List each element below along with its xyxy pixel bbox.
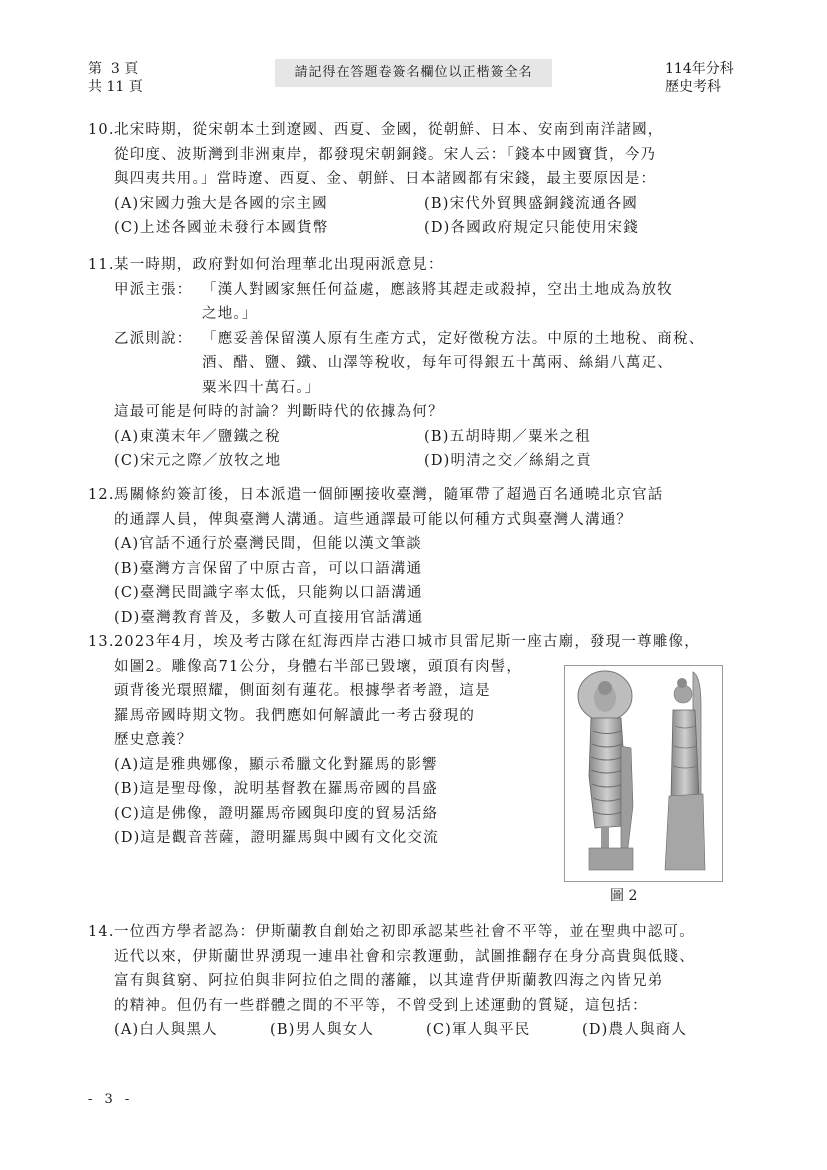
option-b[interactable]: (B)這是聖母像，說明基督教在羅馬帝國的昌盛 [114, 777, 554, 802]
page-current: 第 3 頁 [88, 60, 143, 78]
quote-text-line: 之地。」 [114, 302, 743, 327]
option-a[interactable]: (A)宋國力強大是各國的宗主國 [114, 192, 424, 217]
question-text-line: 歷史意義？ [114, 728, 554, 753]
question-text-line: 某一時期，政府對如何治理華北出現兩派意見： [114, 253, 743, 278]
question-prompt: 這最可能是何時的討論？判斷時代的依據為何？ [114, 400, 743, 425]
question-text-line: 與四夷共用。」當時遼、西夏、金、朝鮮、日本諸國都有宋錢，最主要原因是： [114, 167, 743, 192]
question-11: 11. 某一時期，政府對如何治理華北出現兩派意見： 甲派主張：「漢人對國家無任何… [88, 253, 743, 474]
quote-label: 甲派主張： [114, 278, 202, 303]
option-b[interactable]: (B)宋代外貿興盛銅錢流通各國 [424, 192, 734, 217]
option-c[interactable]: (C)上述各國並未發行本國貨幣 [114, 216, 424, 241]
question-14: 14. 一位西方學者認為：伊斯蘭教自創始之初即承認某些社會不平等，並在聖典中認可… [88, 920, 743, 1043]
option-c[interactable]: (C)宋元之際／放牧之地 [114, 449, 424, 474]
question-text-line: 北宋時期，從宋朝本土到遼國、西夏、金國，從朝鮮、日本、安南到南洋諸國， [114, 118, 743, 143]
option-d[interactable]: (D)各國政府規定只能使用宋錢 [424, 216, 734, 241]
question-text-line: 富有與貧窮、阿拉伯與非阿拉伯之間的藩籬，以其違背伊斯蘭教四海之內皆兄弟 [114, 969, 743, 994]
exam-year: 114年分科 [665, 60, 734, 78]
option-d[interactable]: (D)這是觀音菩薩，證明羅馬與中國有文化交流 [114, 826, 554, 851]
question-text-line: 的通譯人員，俾與臺灣人溝通。這些通譯最可能以何種方式與臺灣人溝通？ [114, 508, 743, 533]
question-text-line: 頭背後光環照耀，側面刻有蓮花。根據學者考證，這是 [114, 679, 554, 704]
question-text-line: 2023年4月，埃及考古隊在紅海西岸古港口城市貝雷尼斯一座古廟，發現一尊雕像， [114, 630, 743, 655]
question-number: 10. [88, 118, 115, 143]
page-total: 共 11 頁 [88, 78, 143, 96]
figure-2-statue-image [564, 665, 723, 882]
question-number: 14. [88, 920, 115, 945]
page-number-footer: - 3 - [88, 1092, 133, 1107]
option-c[interactable]: (C)臺灣民間識字率太低，只能夠以口語溝通 [114, 581, 743, 606]
question-12: 12. 馬關條約簽訂後，日本派遣一個師團接收臺灣，隨軍帶了超過百名通曉北京官話 … [88, 483, 743, 630]
signature-notice: 請記得在答題卷簽名欄位以正楷簽全名 [275, 59, 552, 87]
option-b[interactable]: (B)五胡時期／粟米之租 [424, 425, 734, 450]
option-a[interactable]: (A)這是雅典娜像，顯示希臘文化對羅馬的影響 [114, 753, 554, 778]
statue-illustration-icon [565, 666, 722, 881]
option-a[interactable]: (A)東漢末年／鹽鐵之稅 [114, 425, 424, 450]
question-10: 10. 北宋時期，從宋朝本土到遼國、西夏、金國，從朝鮮、日本、安南到南洋諸國， … [88, 118, 743, 241]
exam-subject: 歷史考科 [665, 78, 734, 96]
question-text-line: 羅馬帝國時期文物。我們應如何解讀此一考古發現的 [114, 704, 554, 729]
question-text-line: 的精神。但仍有一些群體之間的不平等，不曾受到上述運動的質疑，這包括： [114, 994, 743, 1019]
option-d[interactable]: (D)農人與商人 [582, 1018, 738, 1043]
options: (A)宋國力強大是各國的宗主國 (B)宋代外貿興盛銅錢流通各國 (C)上述各國並… [114, 192, 743, 241]
quote-text-line: 「應妥善保留漢人原有生產方式，定好徵稅方法。中原的土地稅、商稅、 [202, 331, 704, 347]
option-b[interactable]: (B)男人與女人 [270, 1018, 426, 1043]
option-a[interactable]: (A)官話不通行於臺灣民間，但能以漢文筆談 [114, 532, 743, 557]
question-number: 11. [88, 253, 115, 278]
question-text-line: 一位西方學者認為：伊斯蘭教自創始之初即承認某些社會不平等，並在聖典中認可。 [114, 920, 743, 945]
question-text-line: 如圖2。雕像高71公分，身體右半部已毀壞，頭頂有肉髻， [114, 655, 554, 680]
option-d[interactable]: (D)明清之交／絲絹之貢 [424, 449, 734, 474]
question-text-line: 從印度、波斯灣到非洲東岸，都發現宋朝銅錢。宋人云：「錢本中國寶貨，今乃 [114, 143, 743, 168]
quote-label: 乙派則說： [114, 327, 202, 352]
options: (A)白人與黑人 (B)男人與女人 (C)軍人與平民 (D)農人與商人 [114, 1018, 743, 1043]
options: (A)東漢末年／鹽鐵之稅 (B)五胡時期／粟米之租 (C)宋元之際／放牧之地 (… [114, 425, 743, 474]
option-c[interactable]: (C)這是佛像，證明羅馬帝國與印度的貿易活絡 [114, 802, 554, 827]
option-c[interactable]: (C)軍人與平民 [426, 1018, 582, 1043]
option-a[interactable]: (A)白人與黑人 [114, 1018, 270, 1043]
quote-text-line: 粟米四十萬石。」 [114, 376, 743, 401]
exam-info: 114年分科 歷史考科 [665, 60, 734, 96]
quote-text-line: 「漢人對國家無任何益處，應該將其趕走或殺掉，空出土地成為放牧 [202, 282, 673, 298]
option-d[interactable]: (D)臺灣教育普及，多數人可直接用官話溝通 [114, 606, 743, 631]
question-number: 12. [88, 483, 115, 508]
quote-faction-b: 乙派則說：「應妥善保留漢人原有生產方式，定好徵稅方法。中原的土地稅、商稅、 酒、… [114, 327, 743, 401]
quote-text-line: 酒、醋、鹽、鐵、山澤等稅收，每年可得銀五十萬兩、絲絹八萬疋、 [114, 351, 743, 376]
question-text-line: 近代以來，伊斯蘭世界湧現一連串社會和宗教運動，試圖推翻存在身分高貴與低賤、 [114, 945, 743, 970]
question-number: 13. [88, 630, 115, 655]
page-indicator: 第 3 頁 共 11 頁 [88, 60, 143, 96]
quote-faction-a: 甲派主張：「漢人對國家無任何益處，應該將其趕走或殺掉，空出土地成為放牧 之地。」 [114, 278, 743, 327]
question-text-line: 馬關條約簽訂後，日本派遣一個師團接收臺灣，隨軍帶了超過百名通曉北京官話 [114, 483, 743, 508]
figure-caption: 圖 2 [610, 886, 637, 906]
option-b[interactable]: (B)臺灣方言保留了中原古音，可以口語溝通 [114, 557, 743, 582]
